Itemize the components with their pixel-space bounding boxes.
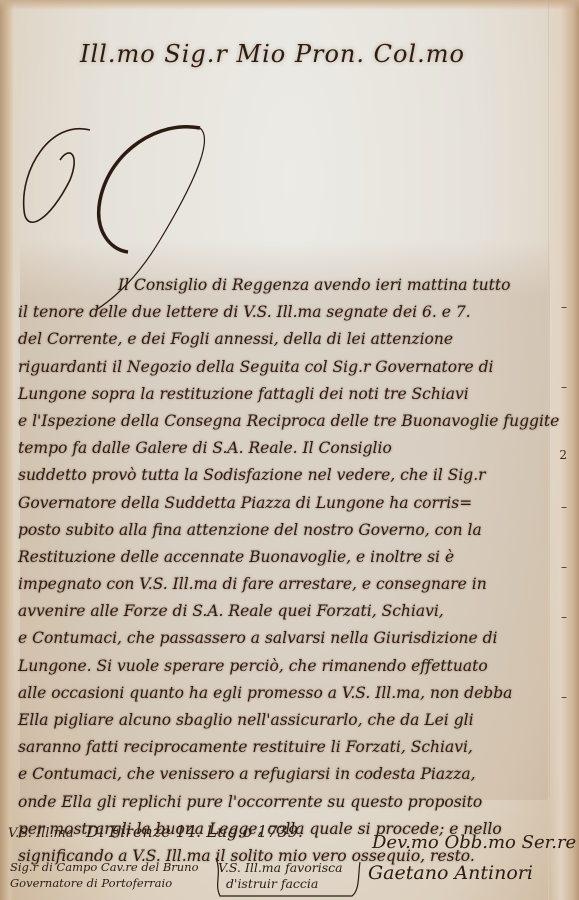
body-line: Governatore della Suddetta Piazza di Lun…: [18, 490, 548, 517]
valediction: Dev.mo Obb.mo Ser.re: [372, 832, 576, 853]
margin-mark: –: [561, 380, 567, 394]
body-line: e l'Ispezione della Consegna Reciproca d…: [18, 408, 548, 435]
body-line: Lungone sopra la restituzione fattagli d…: [18, 381, 548, 408]
favor-line-2: d'istruir faccia: [226, 876, 318, 891]
body-line: Lungone. Si vuole sperare perciò, che ri…: [18, 653, 548, 680]
body-line: posto subito alla fina attenzione del no…: [18, 517, 548, 544]
addressee-line-1: Sig.r di Campo Cav.re del Bruno: [10, 860, 199, 874]
margin-mark: –: [561, 500, 567, 514]
body-line: avvenire alle Forze di S.A. Reale quei F…: [18, 598, 548, 625]
margin-mark: 2: [559, 448, 567, 462]
body-line: onde Ella gli replichi pure l'occorrente…: [18, 789, 548, 816]
body-line: del Corrente, e dei Fogli annessi, della…: [18, 326, 548, 353]
body-line: impegnato con V.S. Ill.ma di fare arrest…: [18, 571, 548, 598]
body-line: Restituzione delle accennate Buonavoglie…: [18, 544, 548, 571]
letter-closing: V.S. Ill.ma Di Firenze 14. Lug.o 1739. S…: [0, 818, 579, 900]
page-top-edge: [0, 0, 579, 10]
signature: Gaetano Antinori: [368, 862, 533, 884]
body-line: riguardanti il Negozio della Seguita col…: [18, 354, 548, 381]
addressee-abbrev: V.S. Ill.ma: [8, 826, 74, 841]
margin-mark: –: [561, 610, 567, 624]
margin-mark: –: [561, 690, 567, 704]
salutation: Ill.mo Sig.r Mio Pron. Col.mo: [80, 40, 465, 68]
body-line: il tenore delle due lettere di V.S. Ill.…: [18, 299, 548, 326]
margin-mark: –: [561, 300, 567, 314]
body-line: tempo fa dalle Galere di S.A. Reale. Il …: [18, 435, 548, 462]
letter-body: Il Consiglio di Reggenza avendo ieri mat…: [18, 272, 548, 870]
body-line: Il Consiglio di Reggenza avendo ieri mat…: [18, 272, 548, 299]
place-date: Di Firenze 14. Lug.o 1739.: [86, 822, 303, 841]
body-line: suddetto provò tutta la Sodisfazione nel…: [18, 462, 548, 489]
body-line: Ella pigliare alcuno sbaglio nell'assicu…: [18, 707, 548, 734]
body-line: saranno fatti reciprocamente restituire …: [18, 734, 548, 761]
addressee-line-2: Governatore di Portoferraio: [10, 876, 172, 890]
favor-line-1: V.S. Ill.ma favorisca: [218, 860, 343, 875]
letter-page: Ill.mo Sig.r Mio Pron. Col.mo Il Consigl…: [0, 0, 579, 900]
body-line: e Contumaci, che passassero a salvarsi n…: [18, 625, 548, 652]
margin-mark: –: [561, 560, 567, 574]
body-line: alle occasioni quanto ha egli promesso a…: [18, 680, 548, 707]
body-line: e Contumaci, che venissero a refugiarsi …: [18, 761, 548, 788]
